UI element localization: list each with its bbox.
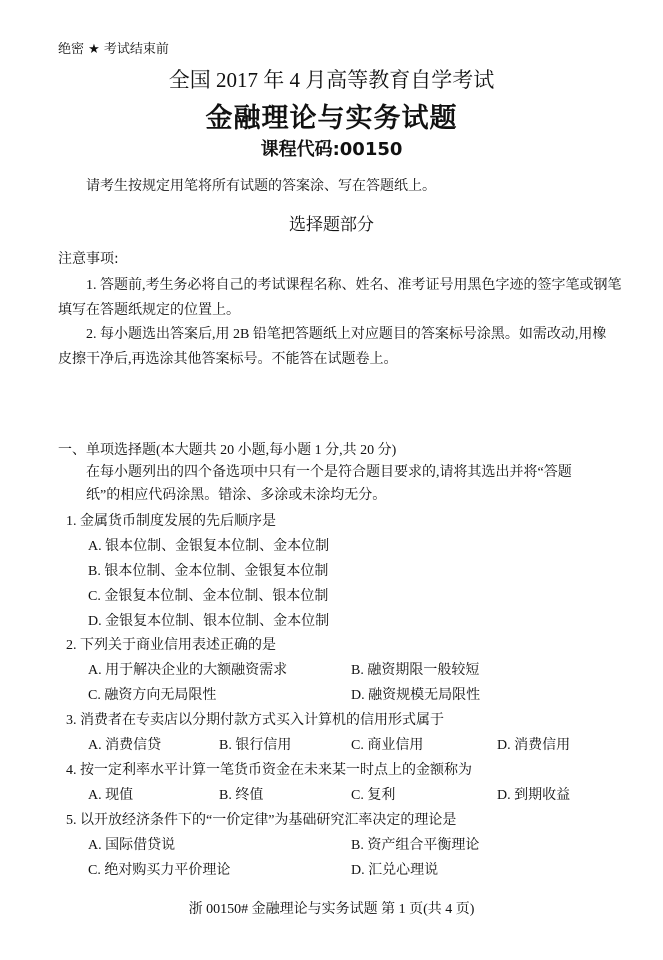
part-title: 一、单项选择题(本大题共 20 小题,每小题 1 分,共 20 分)	[58, 439, 396, 459]
notice-item-2-line2: 皮擦干净后,再选涂其他答案标号。不能答在试题卷上。	[58, 347, 398, 372]
option-d: D. 融资规模无局限性	[351, 684, 480, 704]
option-d: D. 到期收益	[497, 784, 570, 804]
option-a: A. 消费信贷	[88, 734, 161, 754]
question-stem: 5. 以开放经济条件下的“一价定律”为基础研究汇率决定的理论是	[66, 809, 456, 829]
notice-item-1-line2: 填写在答题纸规定的位置上。	[58, 298, 240, 323]
paper-title: 金融理论与实务试题	[0, 96, 663, 135]
notice-item-1-line1: 1. 答题前,考生务必将自己的考试课程名称、姓名、准考证号用黑色字迹的签字笔或钢…	[86, 273, 622, 298]
classified-label: 绝密 ★ 考试结束前	[58, 38, 169, 57]
option-c: C. 融资方向无局限性	[88, 684, 216, 704]
option-c: C. 金银复本位制、金本位制、银本位制	[88, 585, 328, 605]
option-d: D. 汇兑心理说	[351, 859, 438, 879]
answer-instruction: 请考生按规定用笔将所有试题的答案涂、写在答题纸上。	[86, 175, 436, 195]
notice-title: 注意事项:	[58, 248, 119, 268]
option-a: A. 现值	[88, 784, 133, 804]
option-a: A. 银本位制、金银复本位制、金本位制	[88, 535, 329, 555]
section-title: 选择题部分	[0, 210, 663, 235]
part-description-line1: 在每小题列出的四个备选项中只有一个是符合题目要求的,请将其选出并将“答题	[86, 461, 572, 481]
question-stem: 4. 按一定利率水平计算一笔货币资金在未来某一时点上的金额称为	[66, 759, 472, 779]
option-b: B. 银行信用	[219, 734, 291, 754]
option-d: D. 金银复本位制、银本位制、金本位制	[88, 610, 329, 630]
exam-title: 全国 2017 年 4 月高等教育自学考试	[0, 64, 663, 94]
page-footer: 浙 00150# 金融理论与实务试题 第 1 页(共 4 页)	[0, 898, 663, 918]
option-b: B. 终值	[219, 784, 263, 804]
question-stem: 2. 下列关于商业信用表述正确的是	[66, 634, 276, 654]
question-stem: 1. 金属货币制度发展的先后顺序是	[66, 510, 276, 530]
course-code: 课程代码:00150	[0, 135, 663, 161]
option-a: A. 用于解决企业的大额融资需求	[88, 659, 287, 679]
option-d: D. 消费信用	[497, 734, 570, 754]
option-b: B. 资产组合平衡理论	[351, 834, 479, 854]
part-description-line2: 纸”的相应代码涂黑。错涂、多涂或未涂均无分。	[86, 484, 386, 504]
question-stem: 3. 消费者在专卖店以分期付款方式买入计算机的信用形式属于	[66, 709, 444, 729]
notice-item-2-line1: 2. 每小题选出答案后,用 2B 铅笔把答题纸上对应题目的答案标号涂黑。如需改动…	[86, 322, 606, 347]
option-c: C. 绝对购买力平价理论	[88, 859, 230, 879]
option-c: C. 商业信用	[351, 734, 423, 754]
option-c: C. 复利	[351, 784, 395, 804]
option-b: B. 融资期限一般较短	[351, 659, 479, 679]
option-a: A. 国际借贷说	[88, 834, 175, 854]
option-b: B. 银本位制、金本位制、金银复本位制	[88, 560, 328, 580]
